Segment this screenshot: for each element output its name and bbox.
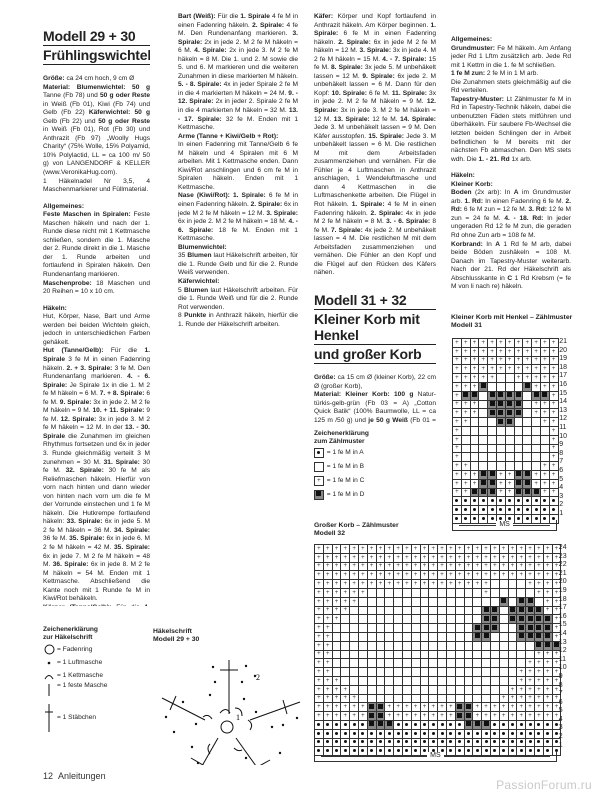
paragraph: 35 Blumen laut Häkelschrift arbeiten, fü… — [178, 252, 298, 278]
legend-label: = 1 Luftmasche — [57, 659, 102, 667]
text-column-3: Käfer: Körper und Kopf fortlaufend in An… — [314, 13, 436, 425]
paragraph: 5 Blumen laut Häkelschrift arbeiten. Für… — [178, 287, 298, 313]
chart-row-11 — [315, 659, 561, 668]
chart-row-14 — [315, 632, 561, 641]
legend-label: = 1 feste Masche — [57, 682, 107, 690]
slip-stitch-icon — [43, 672, 55, 680]
crochet-legend: Zeichenerklärung zur Häkelschrift = Fade… — [43, 626, 107, 734]
chart-legend-item: = 1 fe M in B — [314, 460, 369, 474]
page-footer: 12 Anleitungen — [43, 771, 106, 781]
swatch-a-icon — [315, 449, 324, 458]
paragraph: Häkeln: — [451, 172, 571, 181]
chart-row-10 — [453, 435, 559, 444]
paragraph: Nase (Kiwi/Rot): 1. Spirale: 6 fe M in e… — [178, 192, 298, 243]
chart-row-4 — [315, 720, 561, 729]
small-chart-title-line1: Kleiner Korb mit Henkel – Zählmuster — [451, 314, 572, 322]
large-chart-title-line2: Modell 32 — [314, 530, 399, 538]
paragraph: Kleiner Korb: — [451, 181, 571, 190]
paragraph: Allgemeines: — [43, 203, 150, 212]
legend-label: = Fadenring — [57, 646, 92, 654]
legend-fadenring: = Fadenring — [43, 643, 107, 656]
chart-legend: Zeichenerklärung zum Zählmuster = 1 fe M… — [314, 430, 369, 502]
legend-label: = 1 fe M in B — [327, 463, 364, 471]
paragraph: Korbrand: In A 1 Rd fe M arb, dabei beid… — [451, 241, 571, 292]
paragraph: Maschenprobe: 18 Maschen und 20 Reihen =… — [43, 280, 150, 297]
chart-row-11 — [453, 426, 559, 435]
chart-row-13 — [453, 409, 559, 418]
crochet-legend-title-1: Zeichenerklärung — [43, 626, 107, 634]
page-number: 12 — [43, 771, 53, 781]
paragraph: Käferwichtel: — [178, 278, 298, 287]
paragraph: Hut, Körper, Nase, Bart und Arme werden … — [43, 313, 150, 347]
chain-stitch-icon — [43, 660, 55, 666]
legend-luftmasche: = 1 Luftmasche — [43, 656, 107, 669]
model-29-30-title-line2: Frühlingswichtel — [43, 47, 150, 65]
paragraph: 1 Häkelnadel Nr 3,5, 4 Maschenmarkierer … — [43, 178, 150, 195]
legend-label: = 1 Stäbchen — [57, 714, 96, 722]
chart-legend-item: = 1 fe M in A — [314, 446, 369, 460]
chart-row-9 — [315, 676, 561, 685]
swatch-d-icon — [315, 491, 324, 500]
paragraph: Hut (Tanne/Gelb): Für die 1. Spirale 3 f… — [43, 347, 150, 603]
chart-row-16 — [315, 615, 561, 624]
svg-text:1: 1 — [236, 713, 240, 722]
legend-label: = 1 Kettmasche — [57, 672, 103, 680]
model-31-32-instructions: Allgemeines:Grundmuster: Fe M häkeln. Am… — [451, 36, 571, 292]
chart-row-5 — [453, 479, 559, 488]
paragraph: Allgemeines: — [451, 36, 571, 45]
chart-row-16 — [453, 382, 559, 391]
model-29-30-body: Größe: ca 24 cm hoch, 9 cm ØMaterial: Bl… — [43, 75, 150, 606]
model-29-30-body-col2: Bart (Weiß): Für die 1. Spirale 4 fe M i… — [178, 13, 298, 329]
chart-legend-item: = 1 fe M in C — [314, 474, 369, 488]
legend-label: = 1 fe M in D — [327, 491, 365, 499]
paragraph: In einen Fadenring mit Tanne/Gelb 6 fe M… — [178, 141, 298, 192]
paragraph: Größe: ca 24 cm hoch, 9 cm Ø — [43, 75, 150, 84]
chart-row-6 — [453, 470, 559, 479]
paragraph: 8 Punkte in Anthrazit häkeln, hierfür di… — [178, 312, 298, 329]
legend-label: = 1 fe M in C — [327, 477, 365, 485]
small-chart-title-line2: Modell 31 — [451, 322, 572, 330]
chart-row-12 — [453, 418, 559, 427]
counting-chart-grid — [452, 338, 559, 524]
paragraph: Tapestry-Muster: Lt Zählmuster fe M in R… — [451, 96, 571, 164]
model-29-30-body-continued: Käfer: Körper und Kopf fortlaufend in An… — [314, 13, 436, 278]
chart-row-23 — [315, 553, 561, 562]
chart-row-12 — [315, 650, 561, 659]
text-column-4: Allgemeines:Grundmuster: Fe M häkeln. Am… — [451, 28, 571, 318]
crochet-legend-title-2: zur Häkelschrift — [43, 634, 107, 642]
chart-row-3 — [315, 729, 561, 738]
paragraph: Arme (Tanne + Kiwi/Gelb + Rot): — [178, 133, 298, 142]
chart-row-15 — [453, 391, 559, 400]
large-chart-title-line1: Großer Korb – Zählmuster — [314, 522, 399, 530]
paragraph: Häkeln: — [43, 305, 150, 314]
flower-crochet-diagram: 1 2 — [150, 620, 305, 765]
single-crochet-icon — [43, 682, 55, 696]
magic-ring-icon — [43, 644, 55, 655]
paragraph: Bart (Weiß): Für die 1. Spirale 4 fe M i… — [178, 13, 298, 133]
chart-row-2 — [315, 738, 561, 747]
model-31-32-title-line3: und großer Korb — [314, 346, 436, 364]
model-29-30-title-line1: Modell 29 + 30 — [43, 28, 150, 46]
row-numbers: 242322212019181716151413121110987654321 — [559, 544, 567, 750]
model-31-32-title-line1: Modell 31 + 32 — [314, 292, 436, 310]
svg-text:2: 2 — [256, 673, 260, 682]
chart-row-17 — [315, 606, 561, 615]
chart-row-18 — [453, 365, 559, 374]
chart-row-9 — [453, 444, 559, 453]
row-numbers: 212019181716151413121110987654321 — [559, 338, 567, 518]
paragraph: Feste Maschen in Spiralen: Feste Maschen… — [43, 211, 150, 279]
chart-row-19 — [315, 588, 561, 597]
chart-row-2 — [453, 506, 559, 515]
counting-chart-grid — [314, 544, 561, 756]
chart-row-14 — [453, 400, 559, 409]
chart-row-7 — [315, 694, 561, 703]
chart-row-18 — [315, 597, 561, 606]
model-31-32-body: Größe: ca 15 cm Ø (kleiner Korb), 22 cm … — [314, 374, 436, 425]
chart-row-5 — [315, 712, 561, 721]
large-chart-title: Großer Korb – Zählmuster Modell 32 — [314, 522, 399, 539]
legend-kettmasche: = 1 Kettmasche — [43, 669, 107, 682]
watermark: PassionForum.ru — [496, 778, 592, 792]
chart-row-24 — [315, 545, 561, 554]
chart-row-13 — [315, 641, 561, 650]
chart-row-15 — [315, 624, 561, 633]
chart-row-21 — [315, 571, 561, 580]
chart-row-4 — [453, 488, 559, 497]
chart-legend-title-1: Zeichenerklärung — [314, 430, 369, 438]
chart-row-8 — [315, 685, 561, 694]
pattern-repeat-bar: MS — [452, 520, 557, 531]
paragraph: Material: Kleiner Korb: 100 g Natur-türk… — [314, 391, 436, 425]
text-column-1: Modell 29 + 30 Frühlingswichtel Größe: c… — [43, 28, 150, 606]
legend-label: = 1 fe M in A — [327, 449, 364, 457]
swatch-b-icon — [315, 463, 324, 472]
paragraph: Blumenwichtel: — [178, 244, 298, 253]
paragraph: Körper (Tanne/Gelb): Für die 1. Spirale … — [43, 604, 150, 606]
chart-row-3 — [453, 497, 559, 506]
model-31-32-title-line2: Kleiner Korb mit Henkel — [314, 311, 436, 345]
small-chart-title: Kleiner Korb mit Henkel – Zählmuster Mod… — [451, 314, 572, 331]
paragraph: Material: Blumenwichtel: 50 g Tanne (Fb … — [43, 84, 150, 178]
paragraph: Boden (2x arb): In A im Grundmuster arb.… — [451, 189, 571, 240]
text-column-2: Bart (Weiß): Für die 1. Spirale 4 fe M i… — [178, 13, 298, 606]
chart-row-7 — [453, 462, 559, 471]
paragraph: Grundmuster: Fe M häkeln. Am Anfang jede… — [451, 45, 571, 71]
chart-row-17 — [453, 374, 559, 383]
chart-row-20 — [453, 347, 559, 356]
chart-legend-item: = 1 fe M in D — [314, 488, 369, 502]
chart-row-20 — [315, 580, 561, 589]
chart-legend-title-2: zum Zählmuster — [314, 438, 369, 446]
chart-row-8 — [453, 453, 559, 462]
legend-staebchen: = 1 Stäbchen — [43, 702, 107, 734]
swatch-c-icon — [315, 477, 324, 486]
chart-row-10 — [315, 668, 561, 677]
double-crochet-icon — [43, 703, 55, 733]
chart-row-21 — [453, 339, 559, 348]
chart-row-19 — [453, 356, 559, 365]
pattern-repeat-bar: MS — [314, 751, 557, 762]
chart-row-6 — [315, 703, 561, 712]
paragraph: Die Zunahmen stets gleichmäßig auf die R… — [451, 79, 571, 96]
legend-feste-masche: = 1 feste Masche — [43, 682, 107, 702]
paragraph: Größe: ca 15 cm Ø (kleiner Korb), 22 cm … — [314, 374, 436, 391]
chart-row-22 — [315, 562, 561, 571]
paragraph: 1 fe M zun: 2 fe M in 1 M arb. — [451, 70, 571, 79]
section-name: Anleitungen — [58, 771, 106, 781]
paragraph: Käfer: Körper und Kopf fortlaufend in An… — [314, 13, 436, 278]
